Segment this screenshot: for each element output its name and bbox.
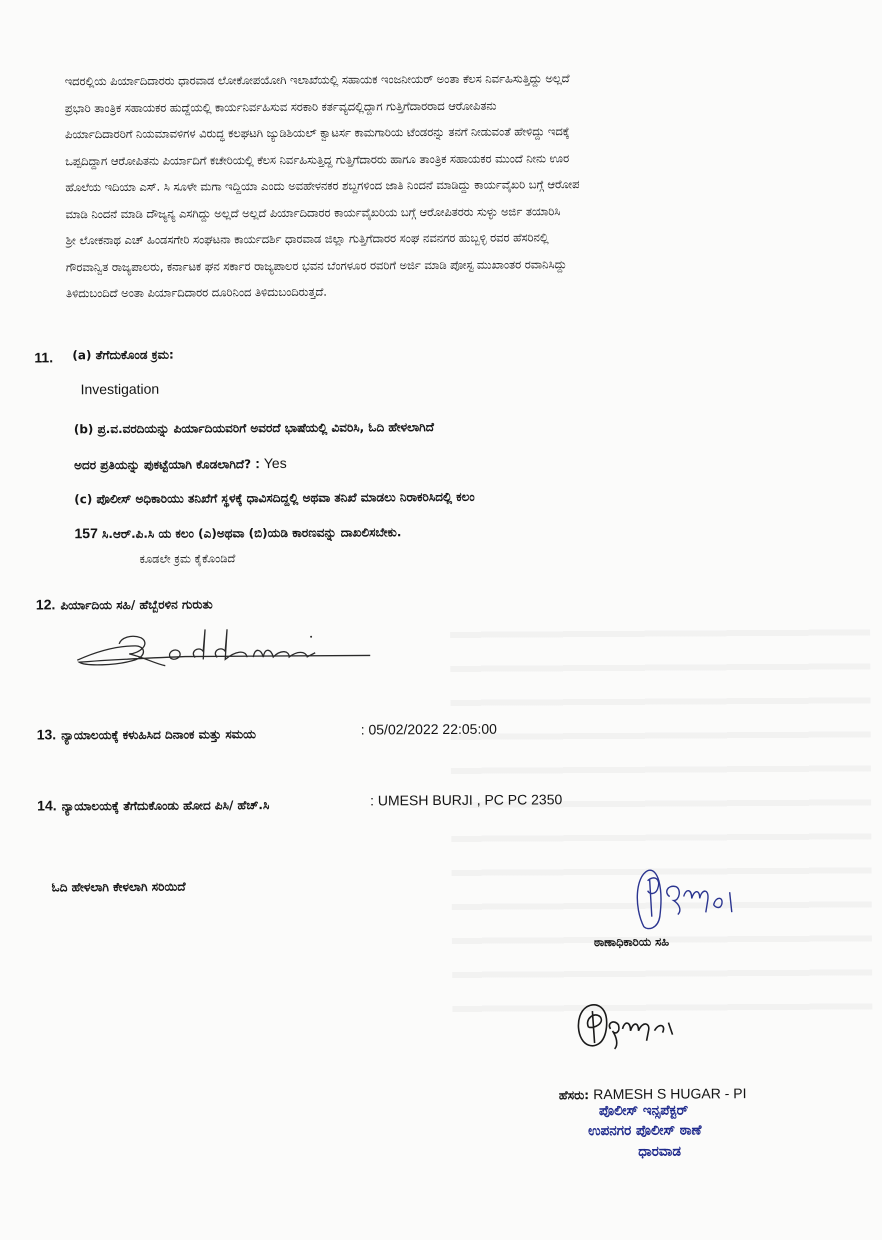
- stamp-district: ಧಾರವಾಡ: [638, 1144, 681, 1160]
- reverse-side-bleed: [450, 607, 873, 1030]
- complainant-signature-icon: [75, 622, 385, 674]
- section-11c-line1: (c) ಪೊಲೀಸ್ ಅಧಿಕಾರಿಯು ತನಿಖೆಗೆ ಸ್ಥಳಕ್ಕೆ ಧಾ…: [74, 490, 475, 507]
- section-11a-value: Investigation: [81, 381, 160, 397]
- document-page: ಇದರಲ್ಲಿಯ ಪಿರ್ಯಾದಿದಾರರು ಧಾರವಾಡ ಲೋಕೋಪಯೋಗಿ …: [0, 0, 882, 1240]
- station-officer-signature-label: ಠಾಣಾಧಿಕಾರಿಯ ಸಹಿ: [594, 935, 669, 950]
- stamp-designation: ಪೊಲೀಸ್ ಇನ್ಸಪೆಕ್ಟರ್: [599, 1102, 688, 1119]
- stamp-station: ಉಪನಗರ ಪೊಲೀಸ್ ಠಾಣೆ: [588, 1122, 701, 1139]
- pi-signature-icon: [574, 1000, 694, 1051]
- section-12-heading: 12. ಪಿರ್ಯಾದಿಯ ಸಹಿ/ ಹೆಬ್ಬೆರಳಿನ ಗುರುತು: [36, 593, 213, 613]
- section-14: 14. ನ್ಯಾಯಾಲಯಕ್ಕೆ ತೆಗೆದುಕೊಂಡು ಹೋದ ಪಿಸಿ/ ಹ…: [37, 794, 269, 814]
- section-11b-line1: (b) ಪ್ರ.ವ.ವರದಿಯನ್ನು ಪಿರ್ಯಾದಿಯವರಿಗೆ ಅವರದೆ…: [74, 420, 434, 437]
- station-officer-signature-icon: [630, 866, 760, 937]
- officer-name-value: RAMESH S HUGAR - PI: [593, 1085, 746, 1102]
- section-14-label: ನ್ಯಾಯಾಲಯಕ್ಕೆ ತೆಗೆದುಕೊಂಡು ಹೋದ ಪಿಸಿ/ ಹೆಚ್.…: [62, 798, 270, 813]
- section-13-label: ನ್ಯಾಯಾಲಯಕ್ಕೆ ಕಳುಹಿಸಿದ ದಿನಾಂಕ ಮತ್ತು ಸಮಯ: [61, 727, 256, 742]
- section-11b-line2: ಅದರ ಪ್ರತಿಯನ್ನು ಪುಕಟ್ಟೆಯಾಗಿ ಕೊಡಲಾಗಿದೆ? : …: [74, 453, 287, 473]
- section-11a-label: (a) ತೆಗೆದುಕೊಂಡ ಕ್ರಮ:: [72, 348, 174, 364]
- section-13-datetime: : 05/02/2022 22:05:00: [361, 721, 497, 738]
- officer-name: ಹೆಸರು: RAMESH S HUGAR - PI: [559, 1083, 747, 1103]
- section-13: 13. ನ್ಯಾಯಾಲಯಕ್ಕೆ ಕಳುಹಿಸಿದ ದಿನಾಂಕ ಮತ್ತು ಸ…: [37, 723, 256, 743]
- read-over-confirmation: ಓದಿ ಹೇಳಲಾಗಿ ಕೇಳಲಾಗಿ ಸರಿಯಿದೆ: [52, 880, 186, 896]
- section-11c-value: ಕೂಡಲೇ ಕ್ರಮ ಕೈಕೊಂಡಿದೆ: [140, 551, 236, 567]
- complaint-narrative: ಇದರಲ್ಲಿಯ ಪಿರ್ಯಾದಿದಾರರು ಧಾರವಾಡ ಲೋಕೋಪಯೋಗಿ …: [65, 64, 846, 307]
- section-11b-value: Yes: [264, 455, 287, 471]
- section-11c-line2: 157 ಸಿ.ಆರ್.ಪಿ.ಸಿ ಯ ಕಲಂ (ಎ)ಅಥವಾ (ಬಿ)ಯಡಿ ಕ…: [74, 521, 401, 542]
- narrative-line: ತಿಳಿದುಬಂದಿದೆ ಅಂತಾ ಪಿರ್ಯಾದಿದಾರರ ದೂರಿನಿಂದ …: [66, 276, 846, 307]
- section-14-officer: : UMESH BURJI , PC PC 2350: [370, 791, 562, 808]
- section-11-number: 11.: [34, 347, 53, 366]
